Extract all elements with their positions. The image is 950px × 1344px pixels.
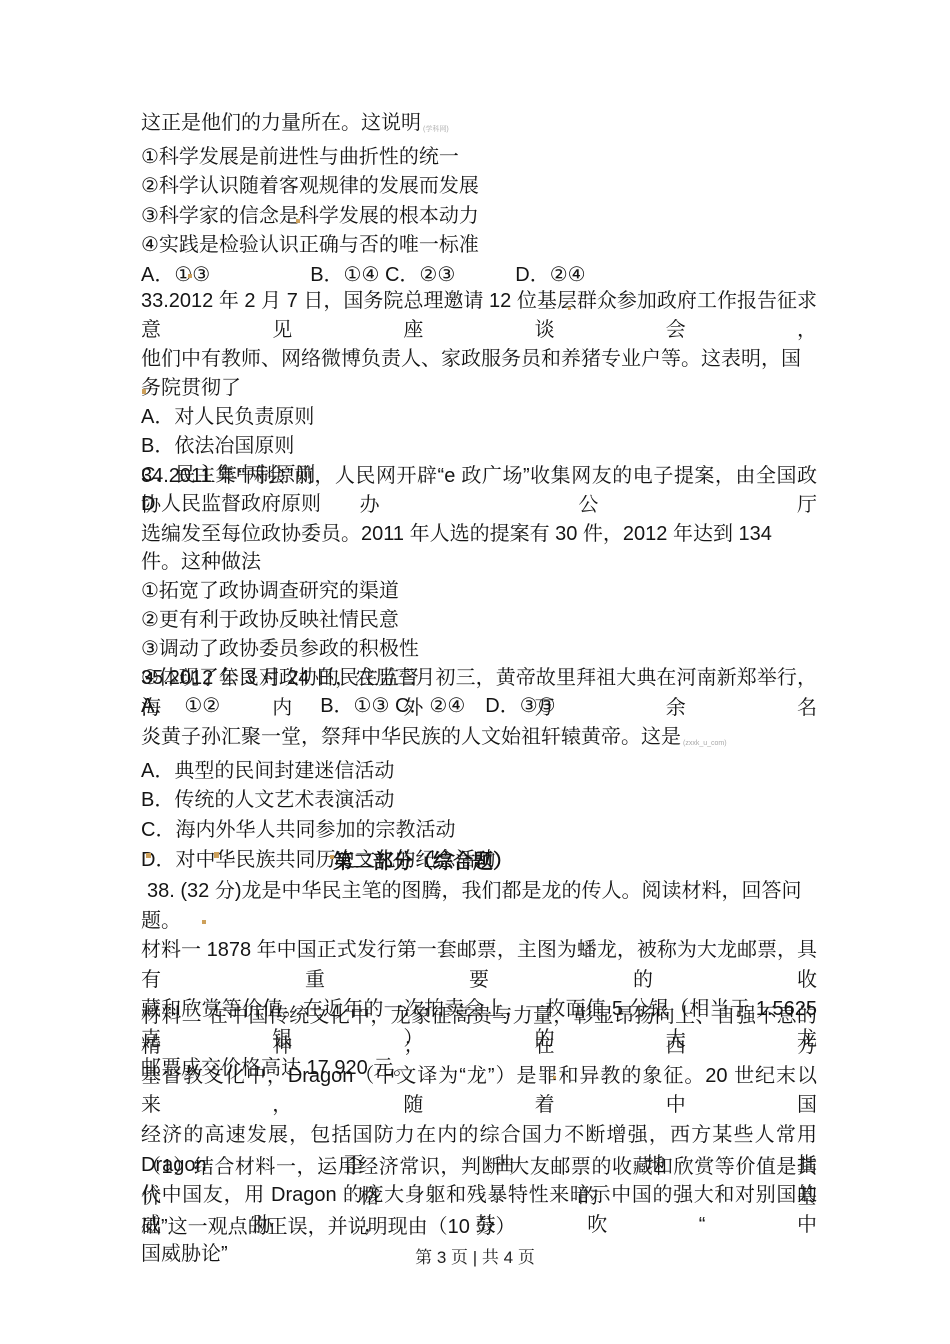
watermark-text: (学科网) xyxy=(423,126,449,133)
question-38-intro: 38. (32 分)龙是中华民主笔的图腾，我们都是龙的传人。阅读材料，回答问题。 xyxy=(141,877,817,936)
question-33-option-a: A．对人民负责原则 xyxy=(141,403,817,432)
question-34-stem-line-2: 选编发至每位政协委员。2011 年人选的提案有 30 件，2012 年达到 13… xyxy=(141,520,817,578)
material-2-line-1: 材料二 在中国传统文化中，龙象征高贵与力量，彰显昂扬向上、自强不息的精神；在西方 xyxy=(141,1002,817,1062)
scan-artifact-dot xyxy=(188,274,192,278)
scan-artifact-dot xyxy=(568,307,571,310)
question-33-stem-line-2: 他们中有教师、网络微博负责人、家政服务员和养猪专业户等。这表明，国务院贯彻了 xyxy=(141,345,817,403)
sub-question-1-line-1: （1）结合材料一，运用经济常识，判断“大友邮票的收藏和欣赏等价值是其价格的基 xyxy=(141,1152,817,1212)
page-number-footer: 第 3 页 | 共 4 页 xyxy=(0,1243,950,1268)
sub-question-1-block: （1）结合材料一，运用经济常识，判断“大友邮票的收藏和欣赏等价值是其价格的基 础… xyxy=(141,1152,817,1242)
question-32-answer-row: A．①③ B．①④ C．②③ D．②④ xyxy=(141,261,817,291)
sub-question-1-line-2: 础”这一观点的正误，并说明现由（10 分） xyxy=(141,1212,817,1242)
question-32-stem: 这正是他们的力量所在。这说明 xyxy=(141,112,421,134)
question-35-option-c: C．海内外华人共同参加的宗教活动 xyxy=(141,816,817,846)
question-33-stem-line-1: 33.2012 年 2 月 7 日，国务院总理邀请 12 位基层群众参加政府工作… xyxy=(141,287,817,345)
question-35-stem-line-2: 炎黄子孙汇聚一堂，祭拜中华民族的人文始祖轩辕黄帝。这是(zxxk_u_com) xyxy=(141,723,817,757)
question-35-option-b: B．传统的人文艺术表演活动 xyxy=(141,786,817,816)
question-34-option-1: ①拓宽了政协调查研究的渠道 xyxy=(141,577,817,606)
question-34-stem-line-1: 34.2011 年“两会”前，人民网开辟“e 政广场”收集网友的电子提案，由全国… xyxy=(141,462,817,520)
question-35-stem-line-1: 35.2012 年 3 月 24 日，农历三月初三，黄帝故里拜祖大典在河南新郑举… xyxy=(141,664,817,723)
scan-artifact-dot xyxy=(330,855,334,859)
question-32-option-3: ③科学家的信念是科学发展的根本动力 xyxy=(141,202,817,232)
question-32-option-1: ①科学发展是前进性与曲折性的统一 xyxy=(141,143,817,173)
question-34-option-2: ②更有利于政协反映社情民意 xyxy=(141,606,817,635)
section-2-heading-block: 第二部分（综合题） xyxy=(141,848,817,877)
scan-artifact-dot xyxy=(553,1076,556,1079)
question-35-block: 35.2012 年 3 月 24 日，农历三月初三，黄帝故里拜祖大典在河南新郑举… xyxy=(141,664,817,875)
question-32-block: 这正是他们的力量所在。这说明(学科网) ①科学发展是前进性与曲折性的统一 ②科学… xyxy=(141,109,817,290)
watermark-text: (zxxk_u_com) xyxy=(683,740,727,747)
question-35-stem-2: 炎黄子孙汇聚一堂，祭拜中华民族的人文始祖轩辕黄帝。这是 xyxy=(141,726,681,748)
question-32-option-4: ④实践是检验认识正确与否的唯一标准 xyxy=(141,231,817,261)
question-34-option-3: ③调动了政协委员参政的积极性 xyxy=(141,635,817,664)
material-1-line-1: 材料一 1878 年中国正式发行第一套邮票，主图为蟠龙，被称为大龙邮票，具有重要… xyxy=(141,936,817,995)
scan-artifact-dot xyxy=(142,389,146,394)
question-32-stem-line: 这正是他们的力量所在。这说明(学科网) xyxy=(141,109,817,143)
exam-paper-page: 这正是他们的力量所在。这说明(学科网) ①科学发展是前进性与曲折性的统一 ②科学… xyxy=(0,0,950,1344)
material-2-line-2: 基督教文化中，Dragon（中文译为“龙”）是罪和异教的象征。20 世纪末以来，… xyxy=(141,1062,817,1122)
question-33-option-b: B．依法冶国原则 xyxy=(141,432,817,461)
section-2-heading: 第二部分（综合题） xyxy=(141,848,817,877)
scan-artifact-dot xyxy=(202,920,206,924)
question-35-option-a: A．典型的民间封建迷信活动 xyxy=(141,757,817,787)
question-32-option-2: ②科学认识随着客观规律的发展而发展 xyxy=(141,172,817,202)
scan-artifact-dot xyxy=(146,853,151,858)
scan-artifact-dot xyxy=(214,852,219,858)
scan-artifact-dot xyxy=(296,219,300,223)
